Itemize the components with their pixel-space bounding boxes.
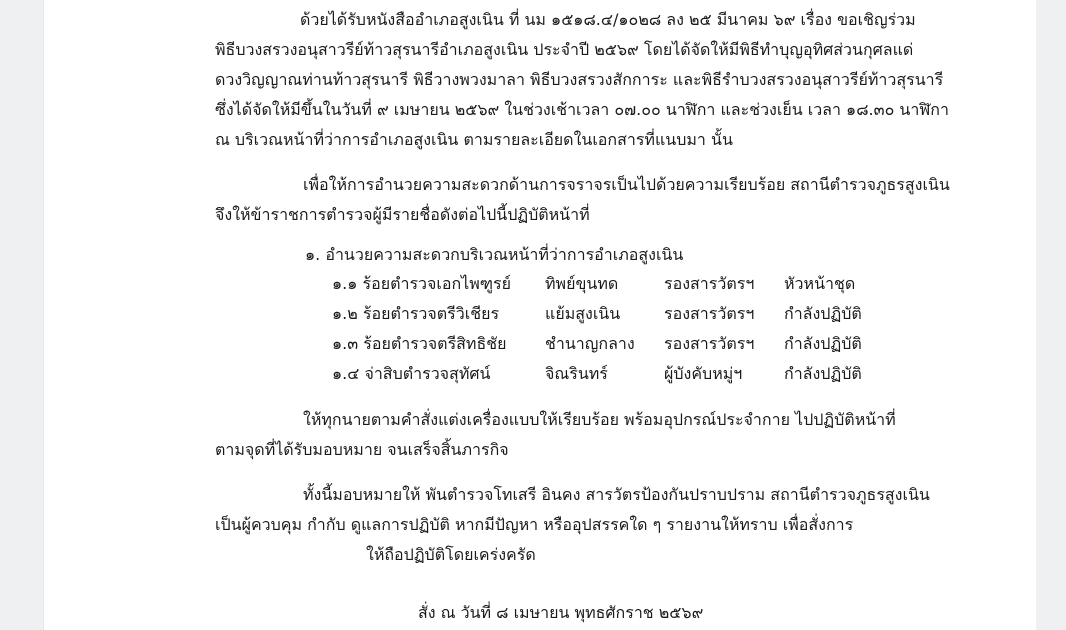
officer-position: รองสารวัตรฯ (664, 274, 754, 294)
officer-surname: แย้มสูงเนิน (545, 304, 620, 324)
paragraph1-line5: ณ บริเวณหน้าที่ว่าการอำเภอสูงเนิน ตามราย… (215, 130, 733, 150)
officer-rank-name: ๑.๓ ร้อยตำรวจตรีสิทธิชัย (332, 334, 506, 354)
closing-line: ให้ถือปฏิบัติโดยเคร่งครัด (366, 545, 536, 565)
officer-role: กำลังปฏิบัติ (784, 364, 862, 384)
order-date-line: สั่ง ณ วันที่ ๘ เมษายน พุทธศักราช ๒๕๖๙ (418, 603, 703, 623)
officer-role: กำลังปฏิบัติ (784, 334, 862, 354)
officer-rank-name: ๑.๔ จ่าสิบตำรวจสุทัศน์ (332, 364, 490, 384)
document-page: ด้วยได้รับหนังสืออำเภอสูงเนิน ที่ นม ๑๕๑… (44, 0, 1036, 630)
officer-rank-name: ๑.๒ ร้อยตำรวจตรีวิเชียร (332, 304, 499, 324)
officer-surname: ชำนาญกลาง (545, 334, 635, 354)
paragraph2-line1: เพื่อให้การอำนวยความสะดวกด้านการจราจรเป็… (303, 175, 950, 195)
paragraph1-line1: ด้วยได้รับหนังสืออำเภอสูงเนิน ที่ นม ๑๕๑… (300, 10, 916, 30)
officer-position: รองสารวัตรฯ (664, 334, 754, 354)
paragraph3-line1: ให้ทุกนายตามคำสั่งแต่งเครื่องแบบให้เรียบ… (303, 410, 896, 430)
paragraph1-line2: พิธีบวงสรวงอนุสาวรีย์ท้าวสุรนารีอำเภอสูง… (215, 40, 913, 60)
officer-surname: จิณรินทร์ (545, 364, 608, 384)
officer-rank-name: ๑.๑ ร้อยตำรวจเอกไพฑูรย์ (332, 274, 511, 294)
paragraph4-line1: ทั้งนี้มอบหมายให้ พันตำรวจโทเสรี อินคง ส… (303, 485, 930, 505)
paragraph2-line2: จึงให้ข้าราชการตำรวจผู้มีรายชื่อดังต่อไป… (215, 205, 590, 225)
officer-role: กำลังปฏิบัติ (784, 304, 862, 324)
paragraph4-line2: เป็นผู้ควบคุม กำกับ ดูแลการปฏิบัติ หากมี… (215, 515, 853, 535)
paragraph3-line2: ตามจุดที่ได้รับมอบหมาย จนเสร็จสิ้นภารกิจ (215, 440, 509, 460)
officer-position: รองสารวัตรฯ (664, 304, 754, 324)
paragraph1-line4: ซึ่งได้จัดให้มีขึ้นในวันที่ ๙ เมษายน ๒๕๖… (215, 100, 949, 120)
officer-surname: ทิพย์ขุนทด (545, 274, 618, 294)
officer-position: ผู้บังคับหมู่ฯ (664, 364, 742, 384)
officer-role: หัวหน้าชุด (784, 274, 855, 294)
assignment-heading: ๑. อำนวยความสะดวกบริเวณหน้าที่ว่าการอำเภ… (305, 245, 683, 265)
paragraph1-line3: ดวงวิญญาณท่านท้าวสุรนารี พิธีวางพวงมาลา … (215, 70, 943, 90)
